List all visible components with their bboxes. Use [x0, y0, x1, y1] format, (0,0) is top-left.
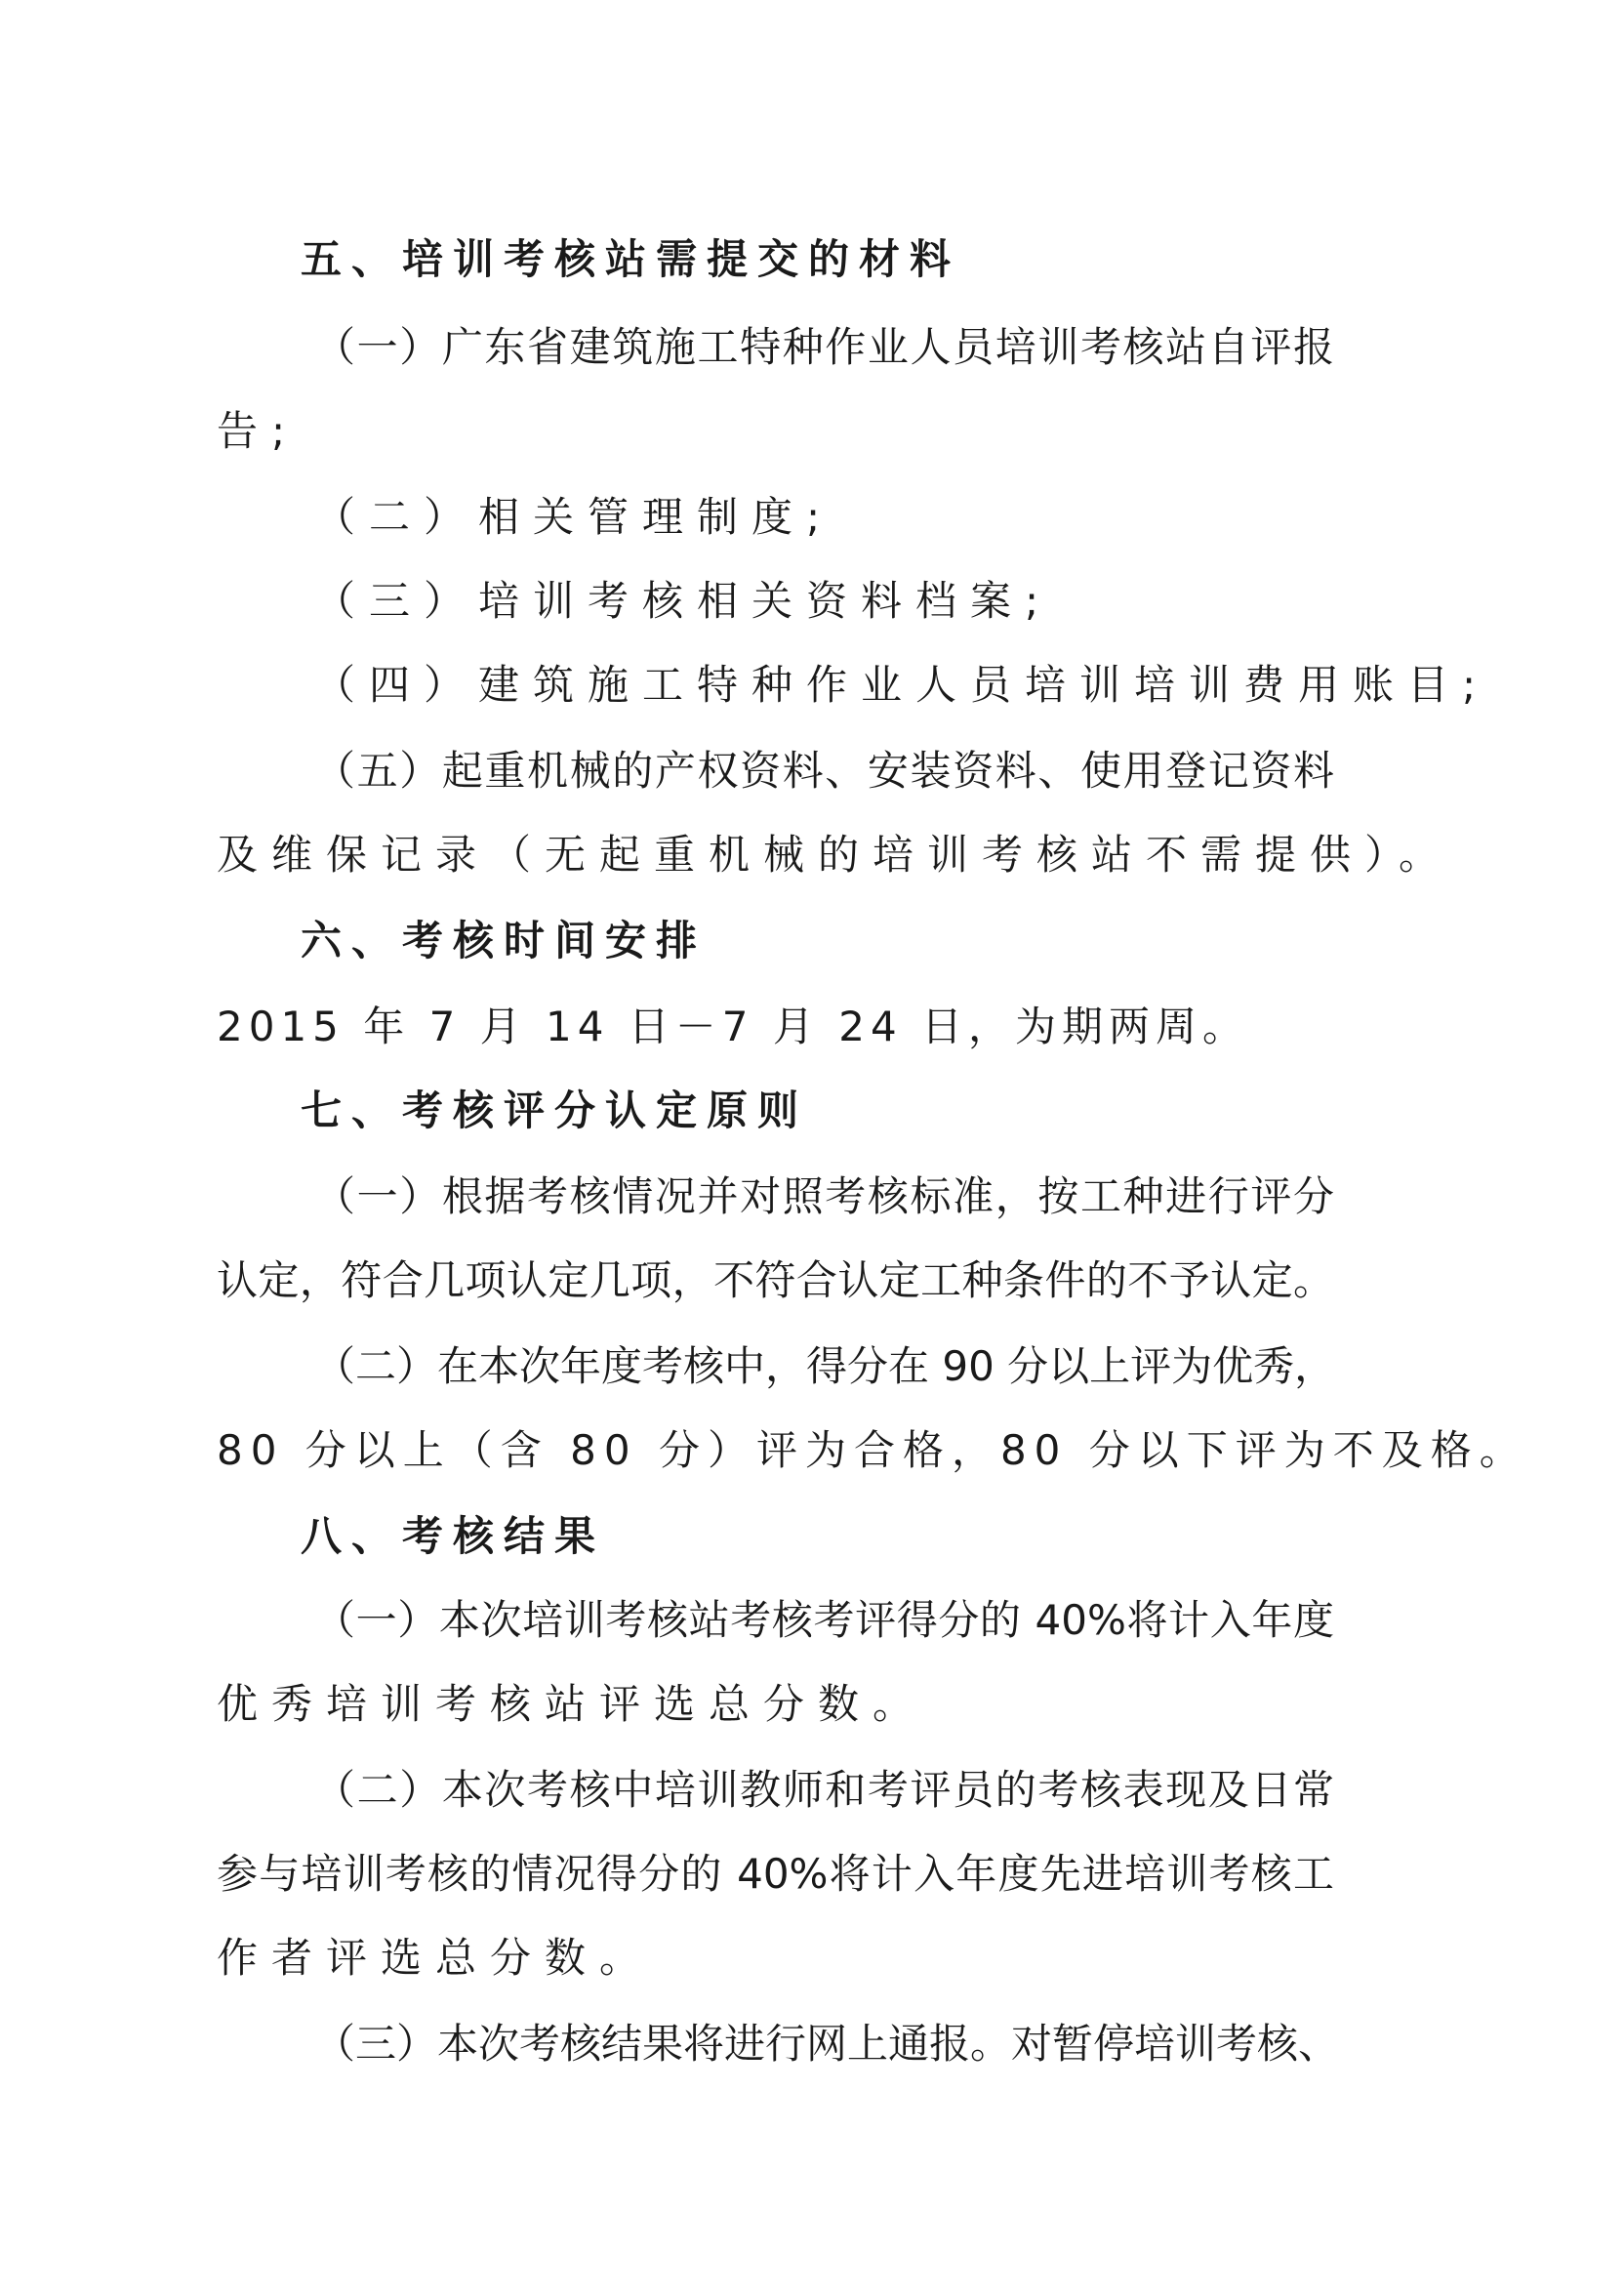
section-heading-8: 八、考核结果 [217, 1507, 1423, 1566]
paragraph-line: 作者评选总分数。 [217, 1929, 1339, 1988]
paragraph-line: （四）建筑施工特种作业人员培训培训费用账目; [217, 656, 1437, 715]
paragraph-line: 参与培训考核的情况得分的 40%将计入年度先进培训考核工 [217, 1845, 1334, 1904]
section-heading-6: 六、考核时间安排 [217, 912, 1423, 970]
paragraph-line: （一）根据考核情况并对照考核标准，按工种进行评分 [217, 1168, 1334, 1226]
paragraph-line: 优秀培训考核站评选总分数。 [217, 1675, 1339, 1734]
paragraph-line: 80 分以上（含 80 分）评为合格，80 分以下评为不及格。 [217, 1421, 1339, 1480]
paragraph-line: （三）本次考核结果将进行网上通报。对暂停培训考核、 [217, 2015, 1334, 2073]
section-heading-7: 七、考核评分认定原则 [217, 1082, 1423, 1140]
schedule-line: 2015 年 7 月 14 日－7 月 24 日，为期两周。 [217, 998, 1339, 1056]
paragraph-line: （一）广东省建筑施工特种作业人员培训考核站自评报 [217, 318, 1334, 377]
paragraph-line: 认定，符合几项认定几项，不符合认定工种条件的不予认定。 [217, 1251, 1334, 1310]
paragraph-line: （二）相关管理制度; [217, 488, 1437, 547]
paragraph-line: 告; [217, 402, 1339, 461]
paragraph-line: （三）培训考核相关资料档案; [217, 572, 1437, 631]
section-heading-5: 五、培训考核站需提交的材料 [217, 230, 1423, 289]
paragraph-line: （二）在本次年度考核中，得分在 90 分以上评为优秀， [217, 1337, 1334, 1396]
paragraph-line: （二）本次考核中培训教师和考评员的考核表现及日常 [217, 1761, 1334, 1820]
paragraph-line: 及维保记录（无起重机械的培训考核站不需提供）。 [217, 826, 1339, 884]
paragraph-line: （一）本次培训考核站考核考评得分的 40%将计入年度 [217, 1591, 1334, 1650]
paragraph-line: （五）起重机械的产权资料、安装资料、使用登记资料 [217, 742, 1334, 800]
